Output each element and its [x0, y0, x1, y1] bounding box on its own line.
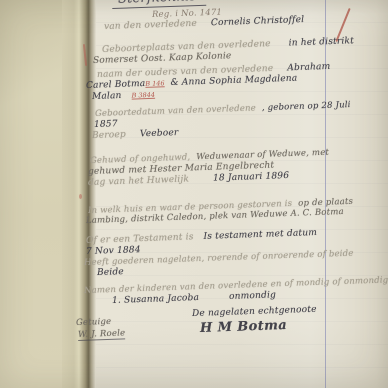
- signature: H M Botma: [200, 318, 288, 336]
- red-ink-mark: [79, 194, 82, 199]
- field-testament-date: 7 Nov 1884: [86, 245, 141, 257]
- facing-page-edge: [0, 0, 62, 388]
- red-reference-number: B 3844: [131, 91, 155, 100]
- field-birthdate-cont: 1857: [94, 119, 118, 130]
- red-reference-number: B 146: [145, 79, 165, 88]
- witness-label: Getuige: [76, 317, 112, 328]
- field-estate-answer: Beide: [97, 267, 124, 278]
- witness-signature: W. J. Roele: [78, 328, 126, 340]
- margin-rule-line: [325, 0, 326, 388]
- document-title: Sterfkennis: [112, 0, 207, 7]
- document-photo: Sterfkennis Reg. i No. 1471 van den over…: [0, 0, 388, 388]
